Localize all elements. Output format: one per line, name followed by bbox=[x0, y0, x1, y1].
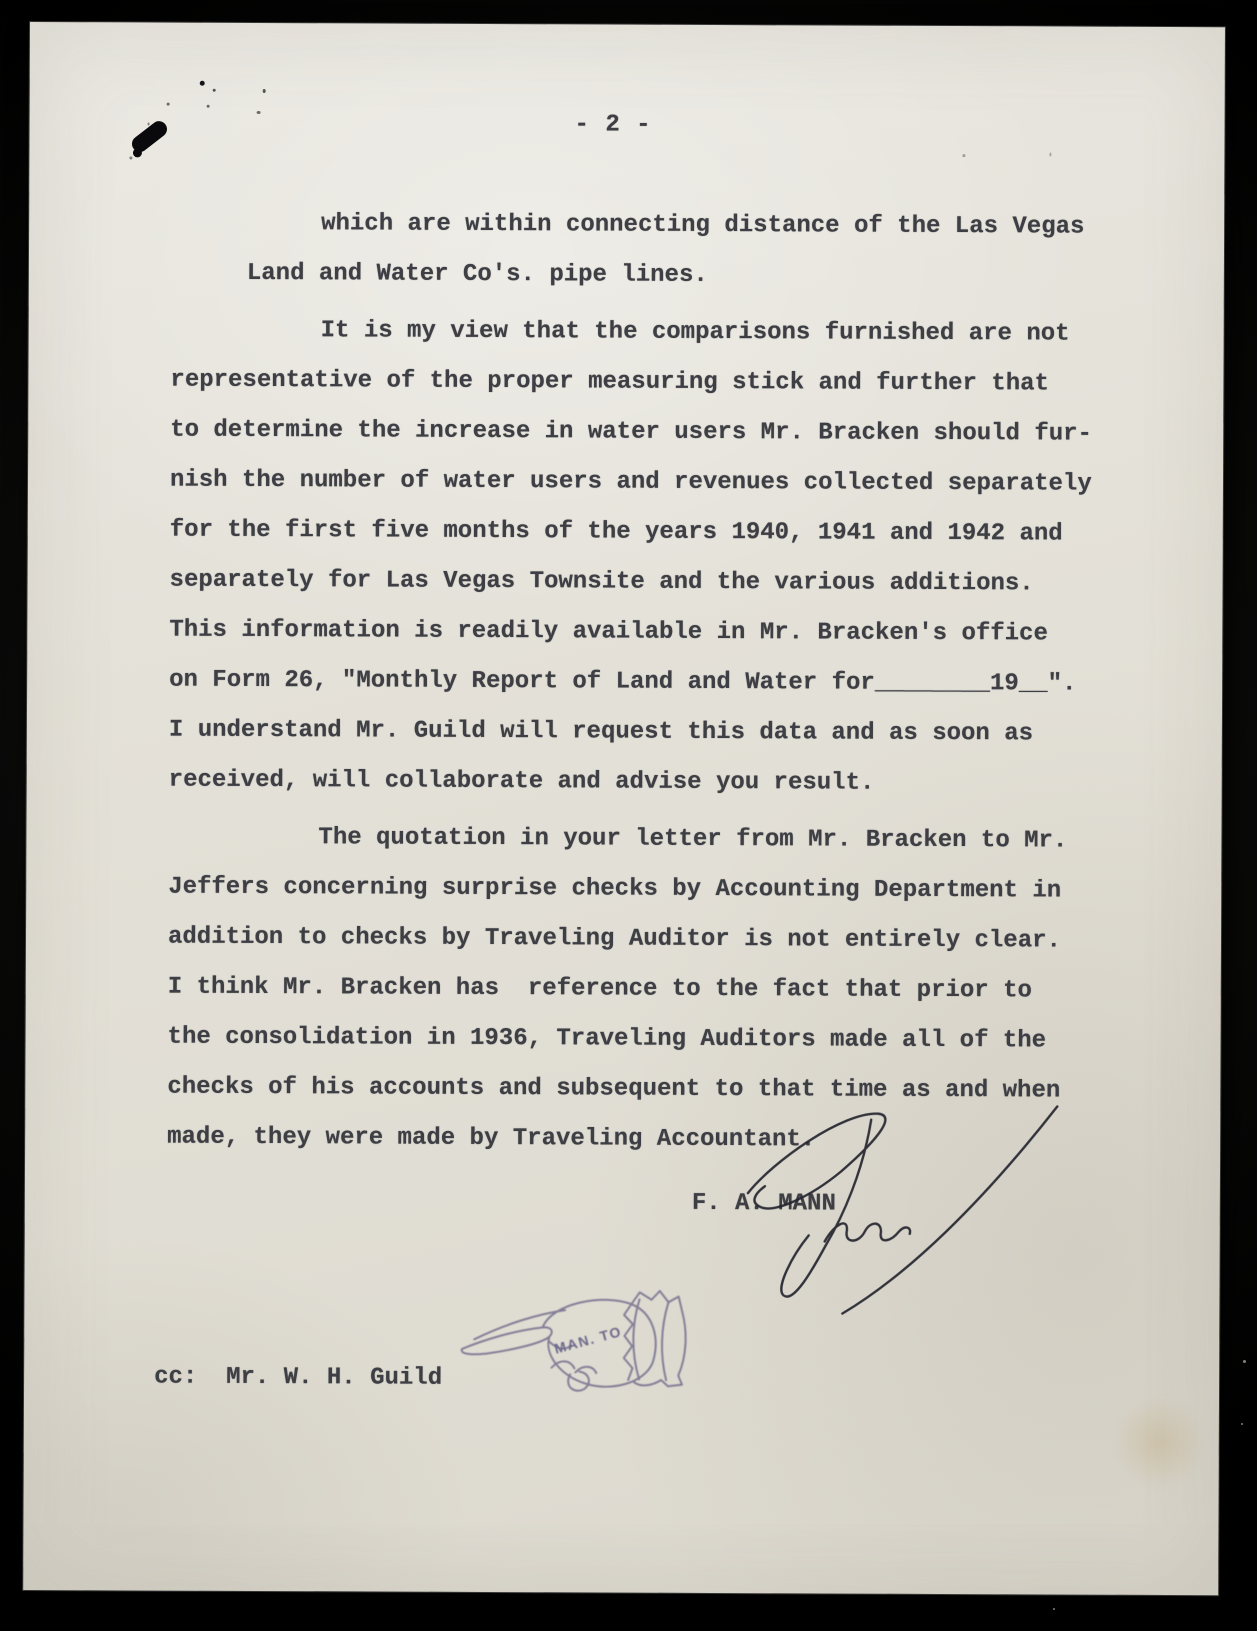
ink-speck bbox=[213, 89, 216, 92]
typed-line: nish the number of water users and reven… bbox=[170, 456, 1150, 510]
cc-line: cc: Mr. W. H. Guild bbox=[154, 1363, 442, 1394]
ink-speck bbox=[129, 156, 132, 159]
paper-stain bbox=[1112, 1395, 1207, 1490]
typed-line: The quotation in your letter from Mr. Br… bbox=[168, 813, 1148, 867]
typed-line: Land and Water Co's. pipe lines. bbox=[171, 249, 1151, 303]
ink-speck bbox=[263, 89, 266, 93]
typed-line: which are within connecting distance of … bbox=[171, 199, 1151, 253]
typed-line: I understand Mr. Guild will request this… bbox=[169, 706, 1149, 760]
typed-line: separately for Las Vegas Townsite and th… bbox=[169, 556, 1149, 610]
typed-line: It is my view that the comparisons furni… bbox=[171, 306, 1151, 360]
ink-speck bbox=[962, 154, 965, 157]
typed-line: received, will collaborate and advise yo… bbox=[169, 756, 1149, 810]
handwritten-signature bbox=[692, 1081, 1095, 1335]
dust-speck bbox=[1241, 1423, 1243, 1425]
ink-speck bbox=[207, 105, 210, 108]
ink-speck bbox=[200, 81, 205, 86]
document-page: - 2 - which are within connecting distan… bbox=[23, 22, 1225, 1595]
ink-speck bbox=[1049, 152, 1051, 156]
dust-speck bbox=[1243, 1360, 1246, 1363]
ink-speck bbox=[257, 111, 261, 114]
typed-line: addition to checks by Traveling Auditor … bbox=[168, 913, 1148, 967]
typed-line: This information is readily available in… bbox=[169, 606, 1149, 660]
page-number: - 2 - bbox=[574, 110, 651, 140]
typed-line: I think Mr. Bracken has reference to the… bbox=[168, 963, 1148, 1017]
stamp-text: MAN. TO bbox=[552, 1323, 623, 1357]
typed-line: representative of the proper measuring s… bbox=[170, 356, 1150, 410]
ink-speck bbox=[167, 103, 170, 106]
typed-line: for the first five months of the years 1… bbox=[170, 506, 1150, 560]
typed-line: Jeffers concerning surprise checks by Ac… bbox=[168, 863, 1148, 917]
ink-speck bbox=[148, 123, 150, 126]
letter-body: which are within connecting distance of … bbox=[167, 199, 1151, 1167]
pointing-hand-stamp-icon: MAN. TO bbox=[450, 1277, 698, 1406]
typed-line: the consolidation in 1936, Traveling Aud… bbox=[167, 1013, 1147, 1067]
typed-line: on Form 26, "Monthly Report of Land and … bbox=[169, 656, 1149, 710]
typed-line: to determine the increase in water users… bbox=[170, 406, 1150, 460]
dust-speck bbox=[1053, 1608, 1055, 1610]
